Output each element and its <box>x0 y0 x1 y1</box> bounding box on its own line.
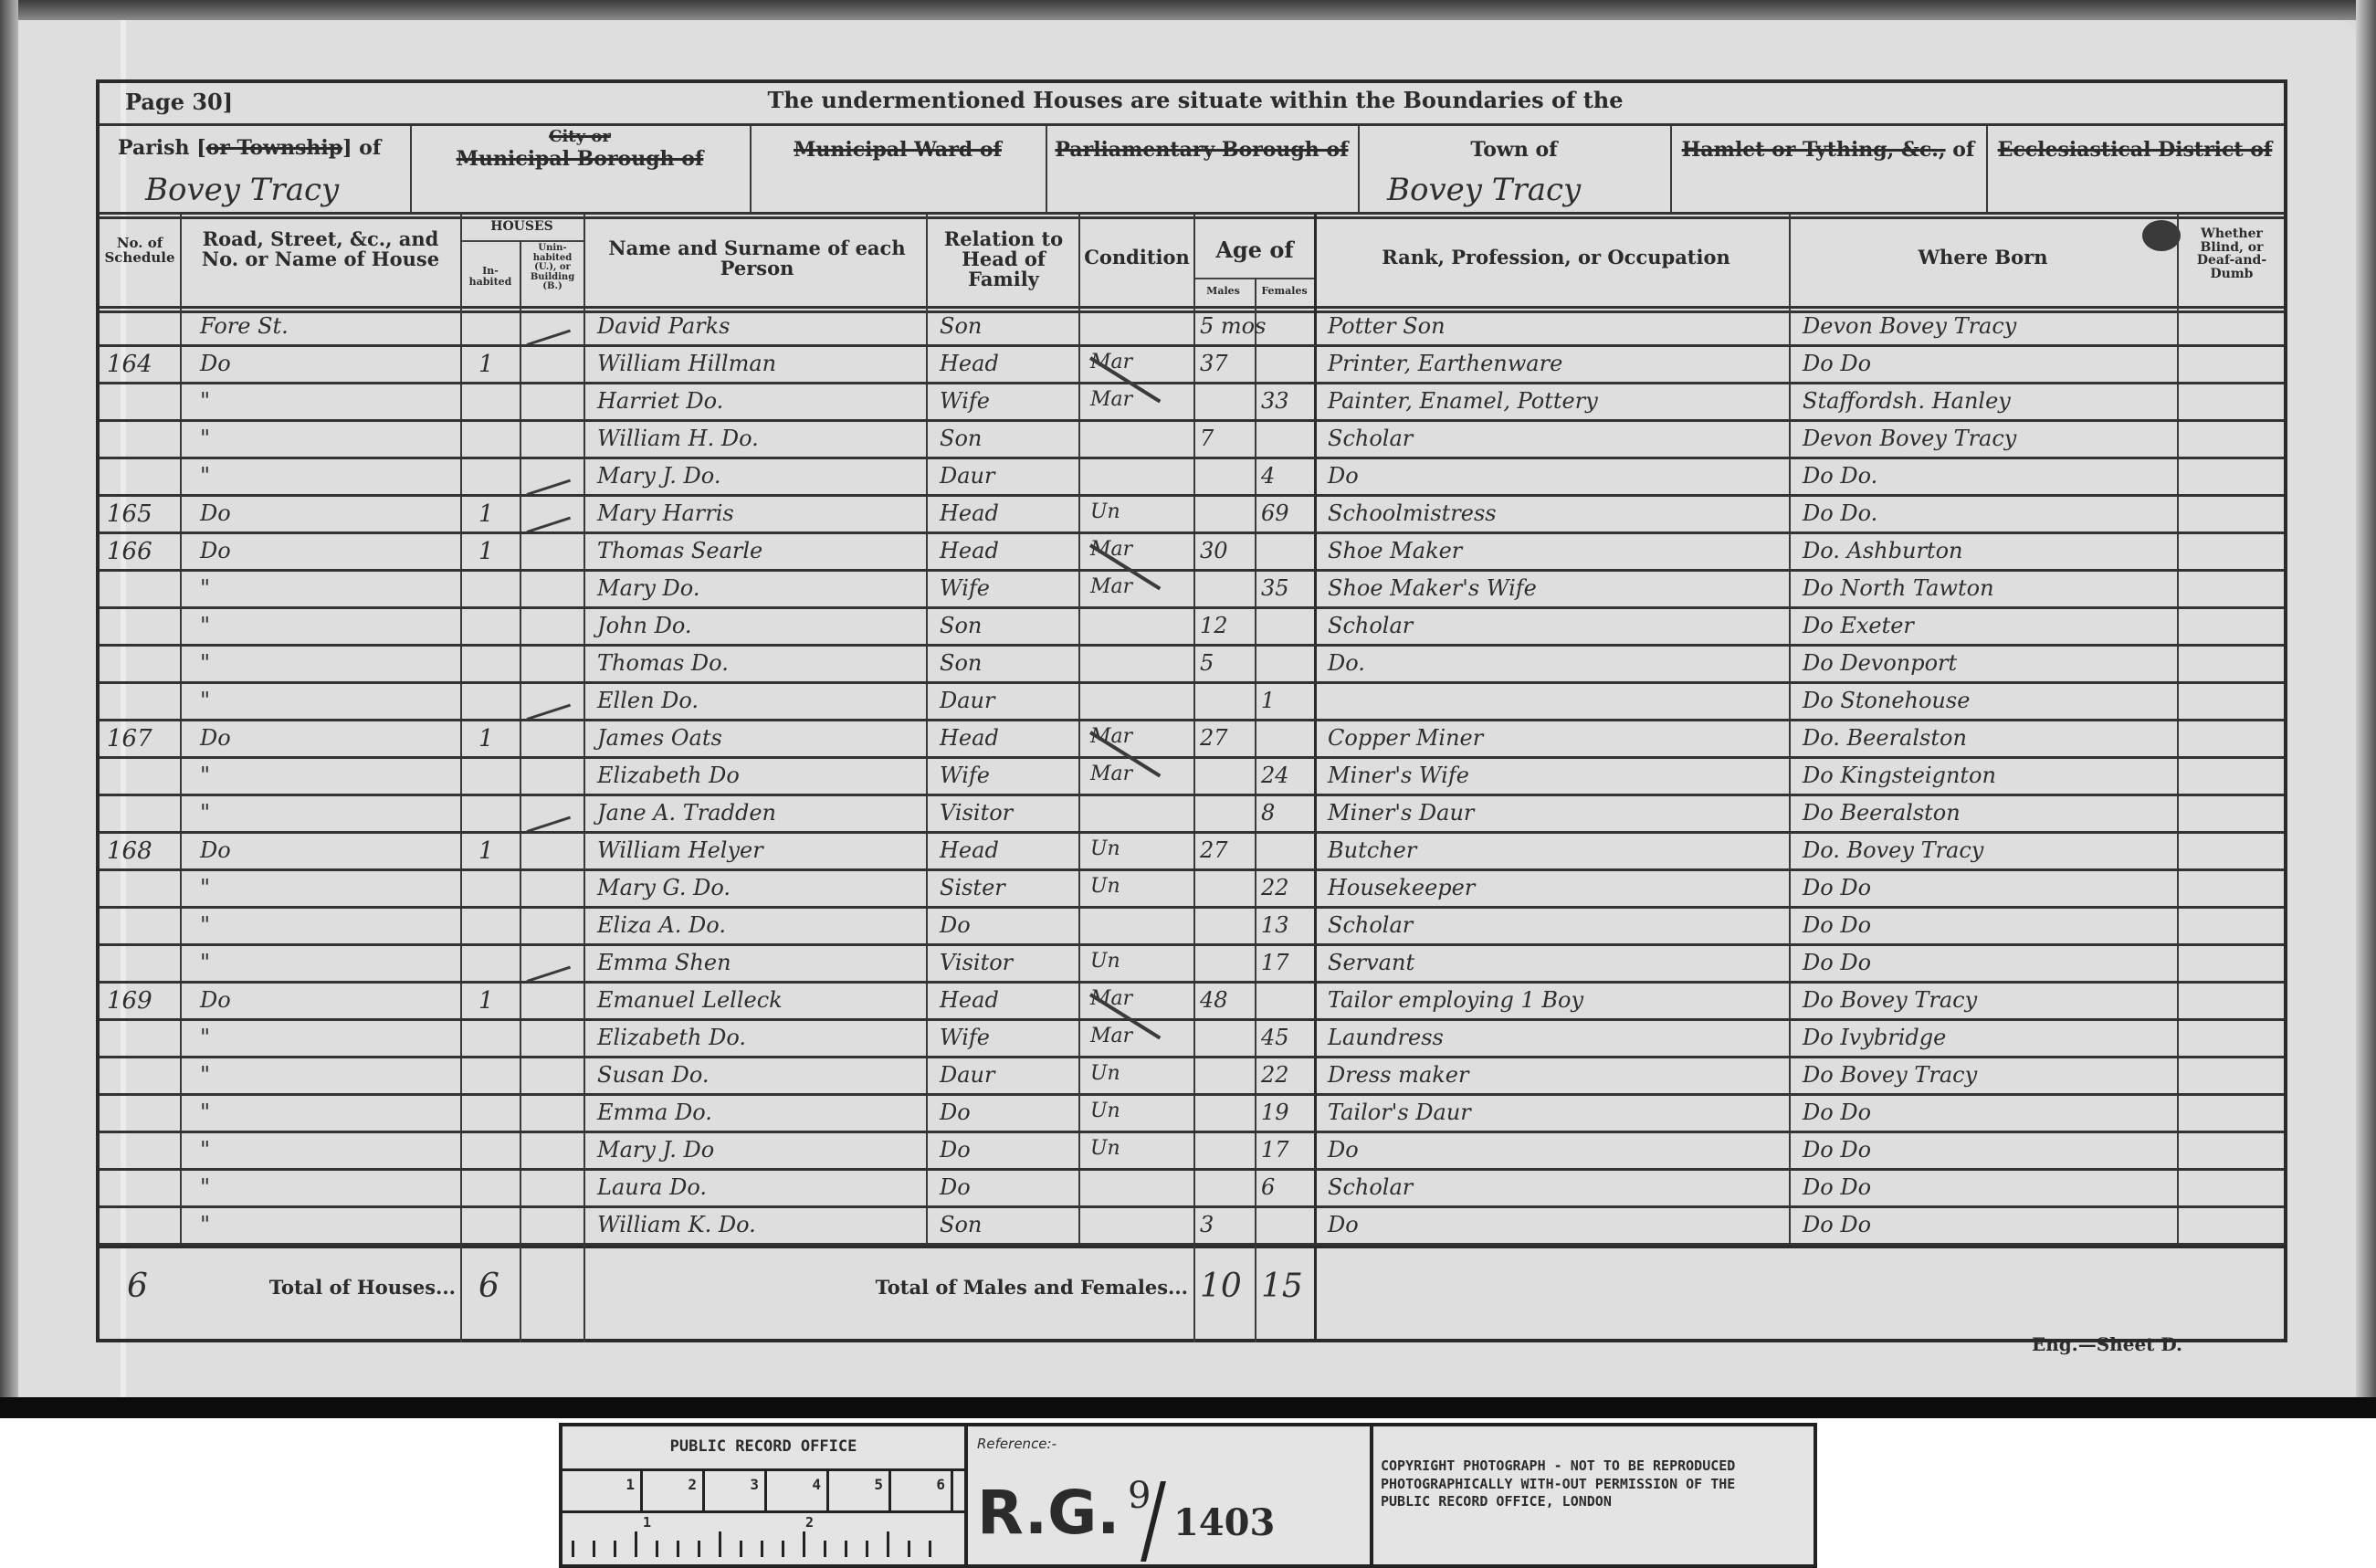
cell-name: James Oats <box>597 727 722 749</box>
table-row: "Elizabeth Do.WifeMar45LaundressDo Ivybr… <box>100 1021 2284 1058</box>
cell-occupation: Miner's Wife <box>1328 764 1469 786</box>
ecclesiastical-district-struck: Ecclesiastical District of <box>1986 140 2284 161</box>
table-row: "John Do.Son12ScholarDo Exeter <box>100 609 2284 647</box>
ruler-tick <box>887 1531 889 1557</box>
cell-name: Thomas Do. <box>597 652 729 674</box>
cell-born: Do Devonport <box>1803 652 1957 674</box>
parish-label: Parish [ <box>118 136 206 160</box>
table-row: 165Do1Mary HarrisHeadUn69SchoolmistressD… <box>100 497 2284 534</box>
cell-occupation: Painter, Enamel, Pottery <box>1328 390 1598 412</box>
cell-born: Do Do <box>1803 1101 1871 1123</box>
cell-inhabited: 1 <box>478 540 494 563</box>
cell-road: " <box>200 1176 210 1198</box>
divider-title <box>100 123 2284 126</box>
cell-occupation: Tailor employing 1 Boy <box>1328 989 1583 1011</box>
divider-column-headers <box>100 306 2284 309</box>
cell-occupation: Do <box>1328 1139 1359 1161</box>
cell-born: Do Exeter <box>1803 615 1914 637</box>
cell-male-age: 5 <box>1200 652 1214 674</box>
cell-inhabited: 1 <box>478 839 494 863</box>
cell-name: Mary J. Do <box>597 1139 714 1161</box>
reference-piece: 9 <box>1128 1477 1151 1515</box>
cell-condition: Mar <box>1090 1026 1132 1047</box>
divider-admin <box>100 212 2284 215</box>
table-row: "Eliza A. Do.Do13ScholarDo Do <box>100 909 2284 946</box>
total-houses-inhabited: 6 <box>478 1270 499 1303</box>
cell-name: William Helyer <box>597 839 763 861</box>
cell-schedule: 165 <box>107 502 152 526</box>
cell-female-age: 22 <box>1261 877 1289 899</box>
cell-relation: Wife <box>940 577 990 599</box>
cell-occupation: Copper Miner <box>1328 727 1483 749</box>
city-struck: City or <box>410 129 750 146</box>
township-struck: or Township <box>206 136 343 160</box>
cell-relation: Sister <box>940 877 1005 899</box>
cell-occupation: Printer, Earthenware <box>1328 353 1562 374</box>
cell-occupation: Scholar <box>1328 1176 1413 1198</box>
header-age: Age of <box>1195 238 1314 261</box>
cell-occupation: Do. <box>1328 652 1365 674</box>
ruler-tick <box>845 1541 847 1557</box>
cell-relation: Head <box>940 502 999 524</box>
header-houses: HOUSES <box>460 220 583 234</box>
ruler-tick <box>593 1541 595 1557</box>
cell-road: " <box>200 652 210 674</box>
ruler-tick <box>782 1541 784 1557</box>
parish-label-suffix: ] of <box>342 136 381 160</box>
ruler-cm-cell: 5 <box>831 1470 891 1510</box>
cell-relation: Daur <box>940 689 994 711</box>
cell-male-age: 27 <box>1200 727 1228 749</box>
scan-left-edge <box>0 0 18 1397</box>
cell-male-age: 3 <box>1200 1214 1214 1236</box>
ruler-tick <box>761 1541 763 1557</box>
cell-occupation: Scholar <box>1328 427 1413 449</box>
cell-occupation: Scholar <box>1328 914 1413 936</box>
cell-name: Jane A. Tradden <box>597 802 776 824</box>
cell-female-age: 1 <box>1261 689 1275 711</box>
cell-schedule: 168 <box>107 839 152 863</box>
admin-divider <box>750 125 752 213</box>
cell-born: Do Do. <box>1803 502 1877 524</box>
cell-schedule: 169 <box>107 989 152 1013</box>
cell-condition: Un <box>1090 502 1120 522</box>
cell-inhabited: 1 <box>478 727 494 751</box>
cell-condition: Mar <box>1090 764 1132 784</box>
ink-blot <box>2142 220 2181 251</box>
ruler-cm-label: 1 <box>626 1478 635 1493</box>
header-inhabited: In-habited <box>462 266 519 287</box>
cell-inhabited: 1 <box>478 353 494 376</box>
total-males: 10 <box>1200 1270 1242 1303</box>
cell-relation: Do <box>940 1139 971 1161</box>
cell-condition: Un <box>1090 1139 1120 1159</box>
hamlet-suffix: of <box>1946 138 1975 162</box>
ruler-tick <box>656 1541 658 1557</box>
cell-name: Elizabeth Do. <box>597 1026 746 1048</box>
row-rule <box>100 1243 2284 1246</box>
cell-female-age: 17 <box>1261 1139 1289 1161</box>
cell-road: " <box>200 1214 210 1236</box>
cell-name: Harriet Do. <box>597 390 723 412</box>
cell-occupation: Do <box>1328 465 1359 487</box>
cell-name: Laura Do. <box>597 1176 707 1198</box>
cell-female-age: 69 <box>1261 502 1289 524</box>
scan-dark-band <box>0 1397 2376 1418</box>
cell-female-age: 8 <box>1261 802 1275 824</box>
cell-road: " <box>200 764 210 786</box>
ruler-cm-cell: 6 <box>893 1470 953 1510</box>
cell-condition: Un <box>1090 1064 1120 1084</box>
cell-female-age: 4 <box>1261 465 1275 487</box>
municipal-ward-struck: Municipal Ward of <box>750 140 1046 161</box>
cell-road: Do <box>200 989 231 1011</box>
cell-name: John Do. <box>597 615 692 637</box>
total-schedules: 6 <box>127 1270 148 1303</box>
cell-born: Do Beeralston <box>1803 802 1961 824</box>
cell-born: Do Kingsteignton <box>1803 764 1996 786</box>
ruler-tick <box>803 1531 805 1557</box>
table-row: "Thomas Do.Son5Do.Do Devonport <box>100 647 2284 684</box>
cell-inhabited: 1 <box>478 989 494 1013</box>
cell-schedule: 167 <box>107 727 152 751</box>
cell-relation: Son <box>940 652 982 674</box>
cell-relation: Son <box>940 615 982 637</box>
cell-occupation: Do <box>1328 1214 1359 1236</box>
cell-relation: Visitor <box>940 802 1013 824</box>
table-row: "Emma ShenVisitorUn17ServantDo Do <box>100 946 2284 984</box>
cell-female-age: 22 <box>1261 1064 1289 1086</box>
cell-road: Do <box>200 540 231 562</box>
cell-road: " <box>200 1026 210 1048</box>
ruler-panel: PUBLIC RECORD OFFICE 123456 12 <box>562 1426 968 1564</box>
cell-name: Emma Shen <box>597 952 731 973</box>
cell-relation: Head <box>940 727 999 749</box>
cell-occupation: Scholar <box>1328 615 1413 637</box>
table-row: "Ellen Do.Daur1Do Stonehouse <box>100 684 2284 721</box>
cell-condition: Un <box>1090 952 1120 972</box>
parliamentary-borough-struck: Parliamentary Borough of <box>1046 140 1358 161</box>
cell-road: " <box>200 802 210 824</box>
cell-schedule: 164 <box>107 353 152 376</box>
cell-born: Devon Bovey Tracy <box>1803 427 2016 449</box>
cell-born: Do Stonehouse <box>1803 689 1970 711</box>
table-row: "Mary G. Do.SisterUn22HousekeeperDo Do <box>100 871 2284 909</box>
cell-name: William K. Do. <box>597 1214 756 1236</box>
cell-condition: Mar <box>1090 577 1132 597</box>
cell-name: Mary Harris <box>597 502 734 524</box>
cell-born: Do. Ashburton <box>1803 540 1962 562</box>
cell-female-age: 19 <box>1261 1101 1289 1123</box>
ruler-inch-label: 2 <box>805 1516 814 1531</box>
scan-top-edge <box>0 0 2376 20</box>
cell-relation: Head <box>940 839 999 861</box>
ruler-cm-label: 5 <box>874 1478 883 1493</box>
header-females: Females <box>1255 286 1314 297</box>
cell-road: " <box>200 1101 210 1123</box>
cell-road: " <box>200 877 210 899</box>
ruler-cm-cell: 2 <box>645 1470 705 1510</box>
table-row: "William H. Do.Son7ScholarDevon Bovey Tr… <box>100 422 2284 459</box>
cell-male-age: 7 <box>1200 427 1214 449</box>
ruler-tick <box>614 1541 616 1557</box>
scan-right-edge <box>2356 0 2376 1418</box>
page-number: Page 30] <box>125 90 233 113</box>
table-row: 168Do1William HelyerHeadUn27ButcherDo. B… <box>100 834 2284 871</box>
cell-name: William Hillman <box>597 353 776 374</box>
cell-occupation: Potter Son <box>1328 315 1446 337</box>
cell-road: Do <box>200 502 231 524</box>
admin-divider <box>1986 125 1988 213</box>
ruler-tick <box>635 1531 637 1557</box>
cell-born: Do Do <box>1803 353 1871 374</box>
cell-schedule: 166 <box>107 540 152 563</box>
ruler-tick <box>866 1541 868 1557</box>
ruler-tick <box>824 1541 826 1557</box>
cell-born: Do. Bovey Tracy <box>1803 839 1983 861</box>
header-name: Name and Surname of each Person <box>593 238 921 279</box>
cell-name: Emanuel Lelleck <box>597 989 783 1011</box>
cell-road: " <box>200 914 210 936</box>
cell-road: " <box>200 615 210 637</box>
record-office-stamp: PUBLIC RECORD OFFICE 123456 12 Reference… <box>559 1423 1817 1568</box>
cell-female-age: 35 <box>1261 577 1289 599</box>
cell-road: Do <box>200 353 231 374</box>
boundaries-title: The undermentioned Houses are situate wi… <box>739 89 1652 111</box>
cell-male-age: 27 <box>1200 839 1228 861</box>
cell-condition: Un <box>1090 1101 1120 1121</box>
table-row: "Emma Do.DoUn19Tailor's DaurDo Do <box>100 1096 2284 1133</box>
cell-born: Do. Beeralston <box>1803 727 1967 749</box>
cell-occupation: Housekeeper <box>1328 877 1475 899</box>
cell-female-age: 45 <box>1261 1026 1289 1048</box>
cell-condition: Mar <box>1090 390 1132 410</box>
table-row: "Mary J. Do.Daur4DoDo Do. <box>100 459 2284 497</box>
cell-male-age: 48 <box>1200 989 1228 1011</box>
header-occupation: Rank, Profession, or Occupation <box>1323 247 1789 268</box>
table-row: "Mary J. DoDoUn17DoDo Do <box>100 1133 2284 1171</box>
cell-road: Fore St. <box>200 315 289 337</box>
total-houses-label: Total of Houses... <box>182 1278 456 1298</box>
cell-born: Staffordsh. Hanley <box>1803 390 2011 412</box>
cell-occupation: Shoe Maker <box>1328 540 1462 562</box>
parish-value: Bovey Tracy <box>145 174 339 205</box>
cell-relation: Son <box>940 427 982 449</box>
cell-occupation: Dress maker <box>1328 1064 1468 1086</box>
cell-road: " <box>200 1064 210 1086</box>
cell-born: Do Do. <box>1803 465 1877 487</box>
cell-relation: Daur <box>940 465 994 487</box>
cell-occupation: Shoe Maker's Wife <box>1328 577 1537 599</box>
cell-relation: Daur <box>940 1064 994 1086</box>
cell-name: William H. Do. <box>597 427 759 449</box>
cell-male-age: 37 <box>1200 353 1228 374</box>
cell-condition: Un <box>1090 877 1120 897</box>
cell-name: Mary J. Do. <box>597 465 720 487</box>
cell-name: Ellen Do. <box>597 689 699 711</box>
cell-road: Do <box>200 727 231 749</box>
admin-hamlet: Hamlet or Tything, &c., of <box>1670 140 1986 161</box>
table-row: Fore St.David ParksSon5 mosPotter SonDev… <box>100 310 2284 347</box>
reference-number: 1403 <box>1173 1504 1275 1542</box>
cell-name: Thomas Searle <box>597 540 762 562</box>
cell-name: Emma Do. <box>597 1101 712 1123</box>
census-form: Page 30] The undermentioned Houses are s… <box>96 79 2287 1342</box>
town-label: Town of <box>1358 140 1670 161</box>
admin-divider <box>1670 125 1672 213</box>
cell-occupation: Butcher <box>1328 839 1416 861</box>
ruler-tick <box>698 1541 700 1557</box>
cell-relation: Son <box>940 1214 982 1236</box>
ruler-cm-cell: 1 <box>583 1470 643 1510</box>
ruler-tick <box>740 1541 742 1557</box>
ruler-tick <box>572 1541 574 1557</box>
ruler-cm-label: 4 <box>812 1478 821 1493</box>
cell-name: David Parks <box>597 315 731 337</box>
cell-occupation: Laundress <box>1328 1026 1444 1048</box>
header-condition: Condition <box>1081 247 1193 268</box>
cell-relation: Head <box>940 353 999 374</box>
cell-occupation: Tailor's Daur <box>1328 1101 1471 1123</box>
cell-born: Do Do <box>1803 914 1871 936</box>
header-schedule: No. of Schedule <box>100 237 180 266</box>
hamlet-struck: Hamlet or Tything, &c., <box>1682 138 1946 162</box>
cell-born: Do North Tawton <box>1803 577 1994 599</box>
cell-born: Do Do <box>1803 1139 1871 1161</box>
cell-occupation: Miner's Daur <box>1328 802 1474 824</box>
header-where-born: Where Born <box>1789 247 2177 268</box>
municipal-borough-struck: Municipal Borough of <box>410 149 750 170</box>
table-row: 167Do1James OatsHeadMar27Copper MinerDo.… <box>100 721 2284 759</box>
ruler-cm-label: 3 <box>750 1478 759 1493</box>
header-uninhabited: Unin-habited (U.), or Building (B.) <box>521 244 583 292</box>
table-row: "Mary Do.WifeMar35Shoe Maker's WifeDo No… <box>100 572 2284 609</box>
cell-born: Devon Bovey Tracy <box>1803 315 2016 337</box>
cell-road: " <box>200 390 210 412</box>
ruler-tick <box>908 1541 910 1557</box>
cell-road: " <box>200 689 210 711</box>
cell-relation: Son <box>940 315 982 337</box>
copyright-notice: COPYRIGHT PHOTOGRAPH - NOT TO BE REPRODU… <box>1381 1458 1792 1511</box>
cell-road: Do <box>200 839 231 861</box>
table-row: "Jane A. TraddenVisitor8Miner's DaurDo B… <box>100 796 2284 834</box>
cell-relation: Do <box>940 1101 971 1123</box>
ruler-tick <box>677 1541 679 1557</box>
cell-road: " <box>200 427 210 449</box>
ruler-cm-cell: 4 <box>769 1470 829 1510</box>
cell-born: Do Do <box>1803 952 1871 973</box>
cell-relation: Wife <box>940 1026 990 1048</box>
table-row: 169Do1Emanuel LelleckHeadMar48Tailor emp… <box>100 984 2284 1021</box>
cell-road: " <box>200 1139 210 1161</box>
cell-road: " <box>200 952 210 973</box>
table-row: "Harriet Do.WifeMar33Painter, Enamel, Po… <box>100 384 2284 422</box>
sheet-label: Eng.—Sheet D. <box>2032 1335 2182 1354</box>
cell-occupation: Schoolmistress <box>1328 502 1497 524</box>
cell-road: " <box>200 577 210 599</box>
cell-born: Do Do <box>1803 1176 1871 1198</box>
cell-occupation: Servant <box>1328 952 1414 973</box>
cell-born: Do Bovey Tracy <box>1803 1064 1977 1086</box>
cell-born: Do Ivybridge <box>1803 1026 1946 1048</box>
table-row: "William K. Do.Son3DoDo Do <box>100 1208 2284 1246</box>
header-males: Males <box>1193 286 1253 297</box>
cell-condition: Un <box>1090 839 1120 859</box>
cell-born: Do Do <box>1803 877 1871 899</box>
cell-born: Do Do <box>1803 1214 1871 1236</box>
cell-inhabited: 1 <box>478 502 494 526</box>
admin-divider <box>1358 125 1360 213</box>
cell-name: Eliza A. Do. <box>597 914 726 936</box>
cell-relation: Do <box>940 914 971 936</box>
ruler-divider <box>562 1510 964 1513</box>
header-relation: Relation to Head of Family <box>930 229 1077 289</box>
ruler-cm-cell: 3 <box>707 1470 767 1510</box>
cell-female-age: 13 <box>1261 914 1289 936</box>
cell-relation: Wife <box>940 764 990 786</box>
houses-subdivider <box>460 240 583 242</box>
cell-male-age: 12 <box>1200 615 1228 637</box>
ruler-cm-label: 6 <box>936 1478 945 1493</box>
cell-female-age: 17 <box>1261 952 1289 973</box>
reference-panel: Reference:- R.G. 9 1403 <box>968 1426 1373 1564</box>
ruler-tick <box>719 1531 721 1557</box>
cell-female-age: 24 <box>1261 764 1289 786</box>
total-females: 15 <box>1261 1270 1303 1303</box>
admin-divider <box>1046 125 1047 213</box>
cell-name: Susan Do. <box>597 1064 710 1086</box>
cell-relation: Do <box>940 1176 971 1198</box>
table-row: "Laura Do.Do6ScholarDo Do <box>100 1171 2284 1208</box>
table-row: 166Do1Thomas SearleHeadMar30Shoe MakerDo… <box>100 534 2284 572</box>
cell-relation: Wife <box>940 390 990 412</box>
table-row: "Elizabeth DoWifeMar24Miner's WifeDo Kin… <box>100 759 2284 796</box>
cell-male-age: 5 mos <box>1200 315 1266 337</box>
cell-relation: Head <box>940 989 999 1011</box>
header-blind: Whether Blind, or Deaf-and-Dumb <box>2180 227 2284 281</box>
age-subdivider <box>1193 278 1314 279</box>
cell-relation: Visitor <box>940 952 1013 973</box>
table-row: 164Do1William HillmanHeadMar37Printer, E… <box>100 347 2284 384</box>
reference-label: Reference:- <box>977 1437 1057 1452</box>
total-persons-label: Total of Males and Females... <box>611 1278 1188 1298</box>
reference-prefix: R.G. <box>977 1481 1120 1544</box>
ruler-tick <box>929 1541 931 1557</box>
ruler-inch-label: 1 <box>643 1516 651 1531</box>
header-road: Road, Street, &c., and No. or Name of Ho… <box>184 229 457 269</box>
table-row: "Susan Do.DaurUn22Dress makerDo Bovey Tr… <box>100 1058 2284 1096</box>
ruler-cm-label: 2 <box>688 1478 697 1493</box>
cell-name: Mary G. Do. <box>597 877 731 899</box>
cell-name: Mary Do. <box>597 577 699 599</box>
office-label: PUBLIC RECORD OFFICE <box>562 1439 964 1456</box>
cell-road: " <box>200 465 210 487</box>
cell-relation: Head <box>940 540 999 562</box>
cell-name: Elizabeth Do <box>597 764 740 786</box>
cell-female-age: 33 <box>1261 390 1289 412</box>
town-value: Bovey Tracy <box>1387 174 1581 205</box>
cell-born: Do Bovey Tracy <box>1803 989 1977 1011</box>
cell-female-age: 6 <box>1261 1176 1275 1198</box>
cell-male-age: 30 <box>1200 540 1228 562</box>
